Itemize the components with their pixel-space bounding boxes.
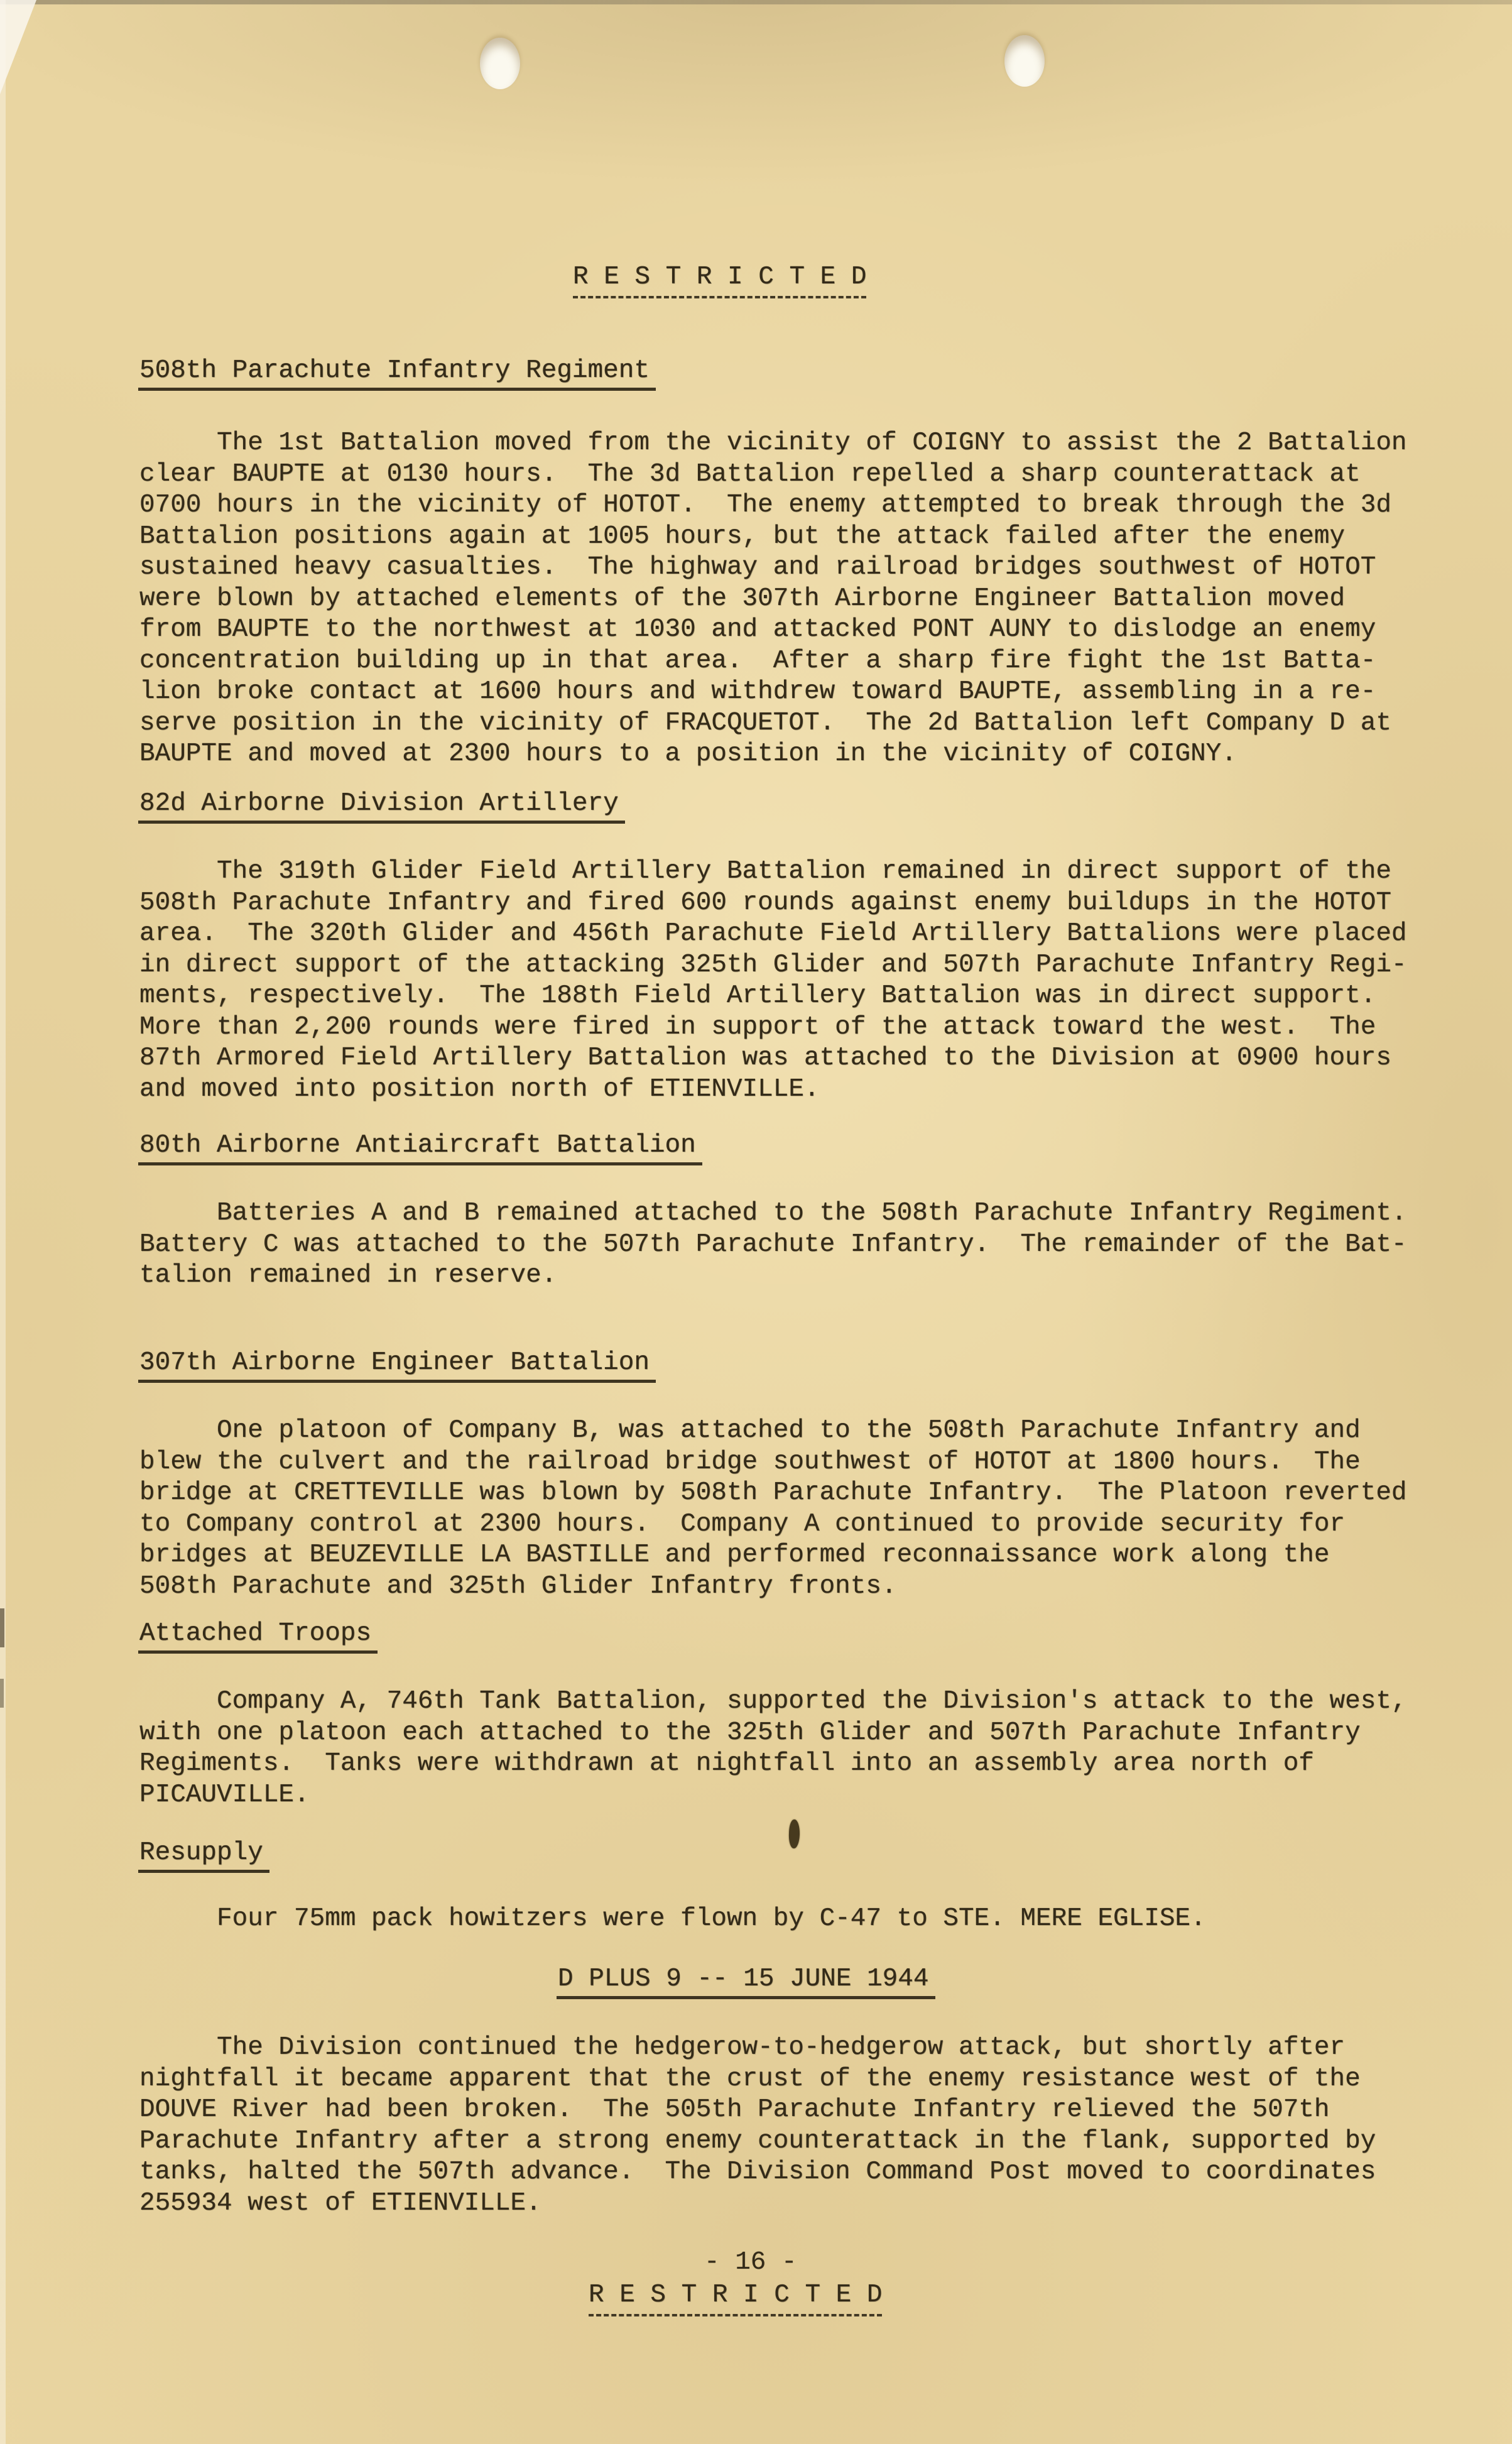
text-line: Parachute Infantry after a strong enemy … [139,2126,1376,2158]
section-paragraph-82d-airborne-division-artillery: The 319th Glider Field Artillery Battali… [139,856,1407,1105]
text-line: bridges at BEUZEVILLE LA BASTILLE and pe… [139,1540,1407,1571]
text-line: ments, respectively. The 188th Field Art… [139,981,1407,1012]
text-line: Battery C was attached to the 507th Para… [139,1230,1407,1261]
section-heading-82d-airborne-division-artillery: 82d Airborne Division Artillery [138,789,625,824]
text-line: clear BAUPTE at 0130 hours. The 3d Batta… [139,459,1407,491]
text-line: serve position in the vicinity of FRACQU… [139,708,1407,739]
text-line: bridge at CRETTEVILLE was blown by 508th… [139,1478,1407,1509]
text-line: The 1st Battalion moved from the vicinit… [139,428,1407,459]
scan-left-edge-highlight [0,0,6,2444]
section-paragraph-307th-airborne-engineer-battalion: One platoon of Company B, was attached t… [139,1416,1407,1602]
ink-blot [788,1819,800,1849]
text-line: talion remained in reserve. [139,1260,1407,1292]
section-paragraph-attached-troops: Company A, 746th Tank Battalion, support… [139,1686,1407,1811]
text-line: 508th Parachute and 325th Glider Infantr… [139,1571,1407,1603]
text-line: to Company control at 2300 hours. Compan… [139,1509,1407,1541]
classification-banner-bottom: R E S T R I C T E D [589,2281,882,2316]
section-heading-attached-troops: Attached Troops [138,1619,378,1654]
section-paragraph-d-plus-9-15-june-1944: The Division continued the hedgerow-to-h… [139,2032,1376,2219]
text-line: DOUVE River had been broken. The 505th P… [139,2095,1376,2126]
text-line: The Division continued the hedgerow-to-h… [139,2032,1376,2064]
text-line: 87th Armored Field Artillery Battalion w… [139,1043,1407,1074]
scanned-document-page: R E S T R I C T E D 508th Parachute Infa… [0,0,1512,2444]
text-line: from BAUPTE to the northwest at 1030 and… [139,614,1407,646]
text-line: with one platoon each attached to the 32… [139,1718,1407,1749]
scan-top-edge-shadow [0,0,1512,4]
text-line: concentration building up in that area. … [139,646,1407,677]
section-heading-307th-airborne-engineer-battalion: 307th Airborne Engineer Battalion [138,1348,656,1383]
section-heading-resupply: Resupply [138,1838,269,1873]
text-line: The 319th Glider Field Artillery Battali… [139,856,1407,888]
text-line: nightfall it became apparent that the cr… [139,2064,1376,2095]
text-line: 255934 west of ETIENVILLE. [139,2188,1376,2220]
text-line: BAUPTE and moved at 2300 hours to a posi… [139,739,1407,770]
scan-edge-mark [0,1679,4,1708]
text-line: 508th Parachute Infantry and fired 600 r… [139,888,1407,919]
text-line: Company A, 746th Tank Battalion, support… [139,1686,1407,1718]
punch-hole-right [1004,35,1045,87]
text-line: Four 75mm pack howitzers were flown by C… [139,1904,1206,1935]
text-line: sustained heavy casualties. The highway … [139,552,1407,584]
text-line: More than 2,200 rounds were fired in sup… [139,1012,1407,1044]
punch-hole-left [480,38,520,89]
text-line: lion broke contact at 1600 hours and wit… [139,677,1407,708]
text-line: area. The 320th Glider and 456th Parachu… [139,919,1407,950]
page-number: - 16 - [704,2248,797,2277]
text-line: One platoon of Company B, was attached t… [139,1416,1407,1447]
text-line: blew the culvert and the railroad bridge… [139,1447,1407,1478]
text-line: PICAUVILLE. [139,1780,1407,1811]
text-line: Batteries A and B remained attached to t… [139,1198,1407,1230]
scan-edge-mark [0,1608,4,1647]
section-paragraph-resupply: Four 75mm pack howitzers were flown by C… [139,1904,1206,1935]
text-line: and moved into position north of ETIENVI… [139,1074,1407,1106]
text-line: Battalion positions again at 1005 hours,… [139,521,1407,553]
scan-corner-wedge [0,0,36,94]
text-line: Regiments. Tanks were withdrawn at night… [139,1748,1407,1780]
section-paragraph-508th-parachute-infantry-regiment: The 1st Battalion moved from the vicinit… [139,428,1407,770]
text-line: 0700 hours in the vicinity of HOTOT. The… [139,490,1407,521]
classification-banner-top: R E S T R I C T E D [573,263,866,298]
section-paragraph-80th-airborne-antiaircraft-battalion: Batteries A and B remained attached to t… [139,1198,1407,1292]
text-line: in direct support of the attacking 325th… [139,950,1407,981]
section-heading-80th-airborne-antiaircraft-battalion: 80th Airborne Antiaircraft Battalion [138,1131,702,1165]
section-heading-508th-parachute-infantry-regiment: 508th Parachute Infantry Regiment [138,356,656,391]
text-line: were blown by attached elements of the 3… [139,584,1407,615]
text-line: tanks, halted the 507th advance. The Div… [139,2157,1376,2188]
section-heading-d-plus-9-15-june-1944: D PLUS 9 -- 15 JUNE 1944 [557,1965,935,1999]
